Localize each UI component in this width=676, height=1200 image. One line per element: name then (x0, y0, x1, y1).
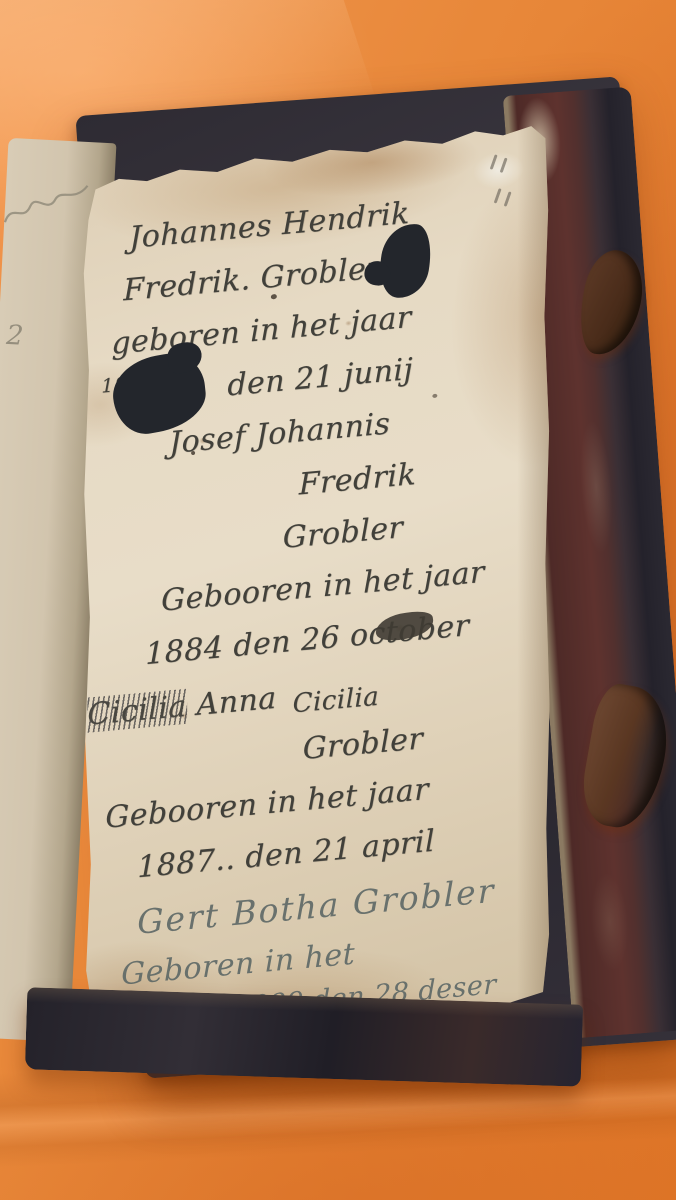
book-bottom-edge (25, 987, 583, 1086)
name-text: Anna (196, 681, 276, 723)
name-text: Josef Johannis (169, 406, 390, 461)
inscription-line: Fredrik. Grobler (123, 250, 381, 308)
inscription-line: geboren in het jaar (111, 300, 412, 362)
left-page-fragment-text: 2 (5, 320, 24, 352)
name-text: Fredrik (299, 457, 417, 503)
inscription-line: Grobler (283, 510, 404, 556)
inscription-line: Fredrik (299, 457, 417, 503)
name-text: Johannes Hendrik (129, 196, 410, 256)
birth-phrase-text: Gebooren in het jaar (161, 555, 485, 619)
ink-speck (432, 394, 437, 398)
inscription-line: Grobler (303, 721, 424, 767)
inscription-line: Johannes Hendrik (129, 196, 410, 256)
scratched-out-name-text: Cicilia (87, 689, 187, 733)
date-text: den 21 junij (227, 352, 413, 404)
book-page: Johannes Hendrik Fredrik. Grobler gebore… (81, 122, 550, 1042)
name-text: Fredrik. Grobler (123, 250, 381, 308)
name-text: Grobler (283, 510, 404, 556)
birth-phrase-text: geboren in het jaar (111, 300, 412, 362)
photo-of-old-book: 2 Johannes Hendrik Fredrik. Grobler gebo… (0, 0, 676, 1200)
name-text: Grobler (303, 721, 424, 767)
birth-phrase-text: Gebooren in het jaar (105, 772, 429, 836)
name-text: Gert Botha Grobler (137, 871, 495, 942)
name-text: Cicilia (293, 682, 380, 720)
inscription-line: 1887.. den 21 april (137, 824, 435, 886)
handwriting-flourish-icon (0, 179, 96, 236)
pencil-marks-icon (484, 152, 520, 219)
inscription-line: Gert Botha Grobler (137, 871, 495, 942)
date-text: 1887.. den 21 april (137, 824, 435, 886)
inscription-line: Josef Johannis (169, 406, 390, 461)
inscription-line: Cicilia Anna Cicilia (87, 672, 379, 733)
inscription-line: Gebooren in het jaar (105, 772, 429, 836)
inscription-line: Gebooren in het jaar (161, 555, 485, 619)
ink-speck (271, 294, 277, 299)
